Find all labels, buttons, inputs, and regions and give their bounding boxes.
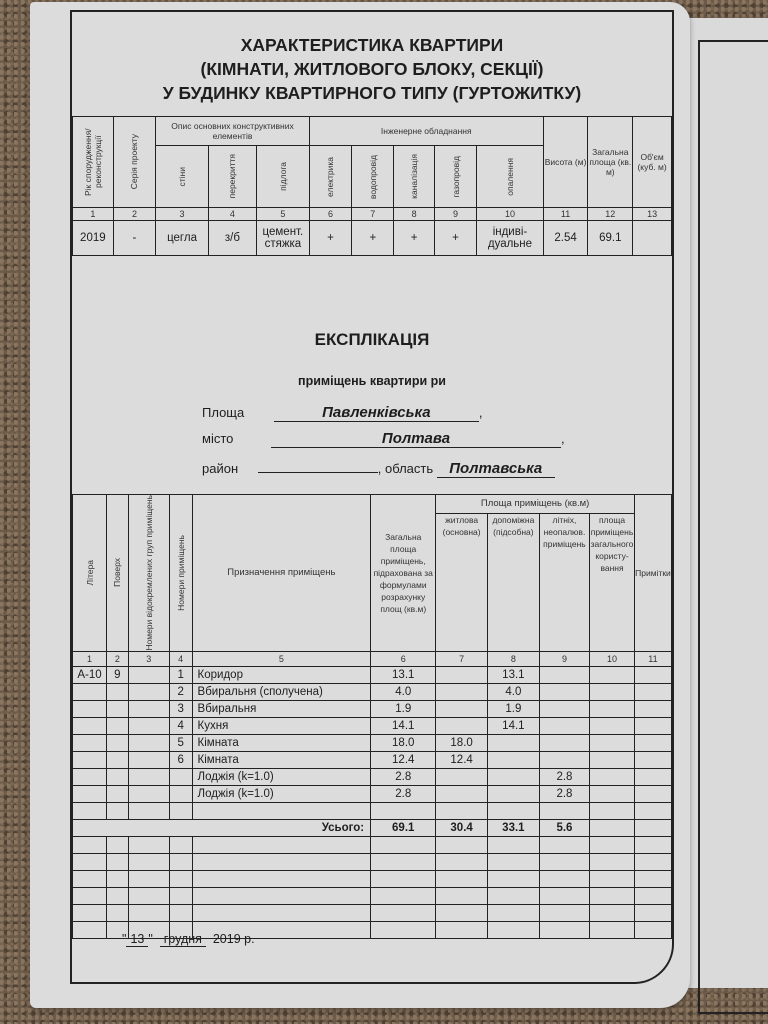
col-num: 4 bbox=[169, 651, 192, 666]
empty-cell bbox=[128, 887, 169, 904]
col-num: 9 bbox=[539, 651, 589, 666]
cell-living bbox=[436, 683, 488, 700]
empty-cell bbox=[107, 836, 129, 853]
header-walls: стіни bbox=[177, 167, 187, 186]
header-summer: літніх, неопалюв. приміщень bbox=[539, 514, 589, 652]
value-water: + bbox=[352, 221, 394, 256]
cell-floor bbox=[107, 802, 129, 819]
cell-group bbox=[128, 768, 169, 785]
empty-cell bbox=[634, 904, 671, 921]
cell-num: 1 bbox=[169, 666, 192, 683]
empty-cell bbox=[487, 904, 539, 921]
cell-total bbox=[371, 802, 436, 819]
cell-living bbox=[436, 717, 488, 734]
empty-cell bbox=[487, 887, 539, 904]
header-structural: Опис основних конструктивних елементів bbox=[156, 117, 310, 146]
header-heating: опалення bbox=[505, 158, 515, 196]
cell-floor bbox=[107, 717, 129, 734]
empty-cell bbox=[169, 887, 192, 904]
empty-cell bbox=[371, 904, 436, 921]
cell-common bbox=[590, 683, 635, 700]
city-label: місто bbox=[202, 431, 233, 446]
total-total: 69.1 bbox=[371, 819, 436, 836]
cell-aux bbox=[487, 768, 539, 785]
empty-cell bbox=[590, 853, 635, 870]
district-value bbox=[258, 456, 378, 473]
cell-floor bbox=[107, 751, 129, 768]
total-row: Усього:69.130.433.15.6 bbox=[73, 819, 672, 836]
cell-total: 14.1 bbox=[371, 717, 436, 734]
cell-group bbox=[128, 751, 169, 768]
empty-cell bbox=[73, 887, 107, 904]
header-series: Серія проекту bbox=[129, 134, 139, 189]
cell-num bbox=[169, 768, 192, 785]
cell-summer: 2.8 bbox=[539, 768, 589, 785]
total-notes bbox=[634, 819, 671, 836]
total-common bbox=[590, 819, 635, 836]
cell-name: Лоджія (k=1.0) bbox=[192, 785, 371, 802]
empty-cell bbox=[371, 921, 436, 938]
empty-cell bbox=[73, 904, 107, 921]
empty-cell bbox=[192, 870, 371, 887]
value-ceiling: з/б bbox=[208, 221, 256, 256]
table-row: 4Кухня14.114.1 bbox=[73, 717, 672, 734]
header-room-numbers: Номери приміщень bbox=[176, 535, 186, 611]
date-day: 13 bbox=[126, 932, 148, 947]
col-num: 12 bbox=[588, 208, 633, 221]
col-num: 3 bbox=[156, 208, 209, 221]
cell-aux: 14.1 bbox=[487, 717, 539, 734]
empty-cell bbox=[590, 887, 635, 904]
next-page-edge bbox=[680, 18, 768, 988]
region-value: Полтавська bbox=[437, 460, 555, 478]
address-square: Площа Павленківська, bbox=[202, 404, 482, 422]
city-value: Полтава bbox=[271, 430, 561, 448]
empty-cell bbox=[539, 870, 589, 887]
empty-cell bbox=[192, 887, 371, 904]
table-row: Лоджія (k=1.0)2.82.8 bbox=[73, 768, 672, 785]
cell-summer bbox=[539, 751, 589, 768]
col-num: 11 bbox=[634, 651, 671, 666]
value-gas: + bbox=[434, 221, 476, 256]
region-label: , область bbox=[378, 461, 433, 476]
value-series: - bbox=[113, 221, 156, 256]
cell-group bbox=[128, 666, 169, 683]
empty-cell bbox=[634, 853, 671, 870]
cell-num: 5 bbox=[169, 734, 192, 751]
header-floor: підлога bbox=[278, 162, 288, 191]
cell-num bbox=[169, 802, 192, 819]
empty-cell bbox=[371, 853, 436, 870]
cell-name bbox=[192, 802, 371, 819]
empty-cell bbox=[634, 870, 671, 887]
total-living: 30.4 bbox=[436, 819, 488, 836]
cell-floor bbox=[107, 734, 129, 751]
characteristics-values-row: 2019 - цегла з/б цемент. стяжка + + + + … bbox=[73, 221, 672, 256]
cell-total: 2.8 bbox=[371, 768, 436, 785]
cell-summer bbox=[539, 666, 589, 683]
table-row: А-1091Коридор13.113.1 bbox=[73, 666, 672, 683]
table-row: 5Кімната18.018.0 bbox=[73, 734, 672, 751]
empty-cell bbox=[634, 836, 671, 853]
header-total-area: Загальна площа (кв. м) bbox=[588, 117, 633, 208]
cell-living bbox=[436, 802, 488, 819]
cell-group bbox=[128, 734, 169, 751]
cell-name: Вбиральня (сполучена) bbox=[192, 683, 371, 700]
cell-total: 1.9 bbox=[371, 700, 436, 717]
empty-cell bbox=[487, 853, 539, 870]
value-walls: цегла bbox=[156, 221, 209, 256]
header-year: Рік спорудження/ реконструкції bbox=[83, 117, 103, 207]
cell-name: Кімната bbox=[192, 734, 371, 751]
empty-cell bbox=[539, 836, 589, 853]
col-num: 2 bbox=[107, 651, 129, 666]
empty-cell bbox=[128, 836, 169, 853]
subtitle-tail: ри bbox=[431, 374, 446, 388]
table-row: 3Вбиральня1.91.9 bbox=[73, 700, 672, 717]
empty-cell bbox=[192, 836, 371, 853]
empty-cell bbox=[169, 870, 192, 887]
cell-group bbox=[128, 802, 169, 819]
address-city: місто Полтава, bbox=[202, 430, 565, 448]
empty-cell bbox=[73, 921, 107, 938]
cell-floor bbox=[107, 768, 129, 785]
cell-letter bbox=[73, 751, 107, 768]
col-num: 1 bbox=[73, 208, 114, 221]
cell-notes bbox=[634, 751, 671, 768]
cell-group bbox=[128, 717, 169, 734]
table-row: 6Кімната12.412.4 bbox=[73, 751, 672, 768]
cell-common bbox=[590, 700, 635, 717]
cell-total: 4.0 bbox=[371, 683, 436, 700]
empty-cell bbox=[487, 921, 539, 938]
empty-cell bbox=[192, 904, 371, 921]
cell-floor bbox=[107, 785, 129, 802]
cell-notes bbox=[634, 768, 671, 785]
value-height: 2.54 bbox=[543, 221, 588, 256]
cell-name: Коридор bbox=[192, 666, 371, 683]
district-label: район bbox=[202, 461, 238, 476]
empty-cell bbox=[487, 836, 539, 853]
cell-notes bbox=[634, 734, 671, 751]
cell-letter bbox=[73, 700, 107, 717]
cell-total: 13.1 bbox=[371, 666, 436, 683]
cell-notes bbox=[634, 700, 671, 717]
cell-aux bbox=[487, 751, 539, 768]
cell-num bbox=[169, 785, 192, 802]
empty-cell bbox=[192, 853, 371, 870]
header-total-area: Загальна площа приміщень, підрахована за… bbox=[371, 495, 436, 652]
empty-cell bbox=[169, 853, 192, 870]
cell-notes bbox=[634, 717, 671, 734]
cell-aux: 13.1 bbox=[487, 666, 539, 683]
table-row: 2Вбиральня (сполучена)4.04.0 bbox=[73, 683, 672, 700]
title-line-2: (КІМНАТИ, ЖИТЛОВОГО БЛОКУ, СЕКЦІЇ) bbox=[72, 58, 672, 81]
value-heating: індиві-дуальне bbox=[477, 221, 544, 256]
value-total-area: 69.1 bbox=[588, 221, 633, 256]
cell-common bbox=[590, 768, 635, 785]
cell-num: 2 bbox=[169, 683, 192, 700]
col-num: 10 bbox=[477, 208, 544, 221]
header-notes: Примітки bbox=[634, 495, 671, 652]
cell-floor bbox=[107, 683, 129, 700]
explication-title: ЕКСПЛІКАЦІЯ bbox=[72, 330, 672, 350]
empty-cell bbox=[436, 853, 488, 870]
col-num: 2 bbox=[113, 208, 156, 221]
cell-notes bbox=[634, 785, 671, 802]
title-line-3: У БУДИНКУ КВАРТИРНОГО ТИПУ (ГУРТОЖИТКУ) bbox=[72, 82, 672, 105]
empty-cell bbox=[436, 836, 488, 853]
cell-num: 3 bbox=[169, 700, 192, 717]
cell-aux bbox=[487, 785, 539, 802]
cell-common bbox=[590, 785, 635, 802]
cell-name: Лоджія (k=1.0) bbox=[192, 768, 371, 785]
total-label: Усього: bbox=[73, 819, 371, 836]
col-num: 8 bbox=[394, 208, 434, 221]
empty-cell bbox=[436, 887, 488, 904]
value-electricity: + bbox=[309, 221, 351, 256]
document-date: "13" грудня 2019 р. bbox=[122, 932, 255, 946]
empty-row bbox=[73, 870, 672, 887]
col-num: 7 bbox=[436, 651, 488, 666]
header-floor: Поверх bbox=[112, 558, 122, 587]
header-common: площа приміщень загального користу-вання bbox=[590, 514, 635, 652]
empty-cell bbox=[107, 870, 129, 887]
cell-letter bbox=[73, 785, 107, 802]
col-num: 6 bbox=[309, 208, 351, 221]
cell-notes bbox=[634, 683, 671, 700]
empty-row bbox=[73, 853, 672, 870]
empty-cell bbox=[539, 904, 589, 921]
cell-total: 18.0 bbox=[371, 734, 436, 751]
header-height: Висота (м) bbox=[543, 117, 588, 208]
value-volume bbox=[633, 221, 672, 256]
empty-cell bbox=[107, 887, 129, 904]
table-row bbox=[73, 802, 672, 819]
empty-cell bbox=[590, 921, 635, 938]
cell-total: 12.4 bbox=[371, 751, 436, 768]
empty-cell bbox=[73, 836, 107, 853]
cell-total: 2.8 bbox=[371, 785, 436, 802]
empty-cell bbox=[436, 921, 488, 938]
header-sewage: каналізація bbox=[409, 154, 419, 199]
cell-common bbox=[590, 802, 635, 819]
cell-group bbox=[128, 700, 169, 717]
header-group-numbers: Номери відокремлених груп приміщень bbox=[144, 495, 154, 651]
cell-letter bbox=[73, 734, 107, 751]
title-line-1: ХАРАКТЕРИСТИКА КВАРТИРИ bbox=[72, 34, 672, 57]
value-sewage: + bbox=[394, 221, 434, 256]
cell-letter: А-10 bbox=[73, 666, 107, 683]
cell-common bbox=[590, 751, 635, 768]
empty-cell bbox=[539, 921, 589, 938]
empty-cell bbox=[107, 904, 129, 921]
cell-living bbox=[436, 700, 488, 717]
header-ceiling: перекриття bbox=[227, 154, 237, 198]
column-number-row: 1 2 3 4 5 6 7 8 9 10 11 12 13 bbox=[73, 208, 672, 221]
table-row: Лоджія (k=1.0)2.82.8 bbox=[73, 785, 672, 802]
cell-letter bbox=[73, 683, 107, 700]
column-number-row: 1234567891011 bbox=[73, 651, 672, 666]
empty-cell bbox=[169, 904, 192, 921]
header-area-group: Площа приміщень (кв.м) bbox=[436, 495, 635, 514]
cell-letter bbox=[73, 717, 107, 734]
square-value: Павленківська bbox=[274, 404, 479, 422]
empty-cell bbox=[590, 836, 635, 853]
cell-summer bbox=[539, 802, 589, 819]
cell-group bbox=[128, 683, 169, 700]
characteristics-table: Рік спорудження/ реконструкції Серія про… bbox=[72, 116, 672, 256]
empty-cell bbox=[107, 853, 129, 870]
cell-aux: 1.9 bbox=[487, 700, 539, 717]
cell-living bbox=[436, 768, 488, 785]
cell-living bbox=[436, 785, 488, 802]
cell-common bbox=[590, 666, 635, 683]
empty-row bbox=[73, 836, 672, 853]
cell-summer bbox=[539, 717, 589, 734]
cell-living: 18.0 bbox=[436, 734, 488, 751]
empty-cell bbox=[73, 853, 107, 870]
cell-aux bbox=[487, 802, 539, 819]
cell-num: 4 bbox=[169, 717, 192, 734]
cell-summer bbox=[539, 700, 589, 717]
cell-aux: 4.0 bbox=[487, 683, 539, 700]
date-year: 2019 р. bbox=[213, 932, 255, 946]
col-num: 8 bbox=[487, 651, 539, 666]
cell-num: 6 bbox=[169, 751, 192, 768]
total-summer: 5.6 bbox=[539, 819, 589, 836]
cell-summer bbox=[539, 734, 589, 751]
empty-cell bbox=[128, 904, 169, 921]
col-num: 7 bbox=[352, 208, 394, 221]
cell-notes bbox=[634, 802, 671, 819]
header-electricity: електрика bbox=[325, 157, 335, 197]
empty-cell bbox=[590, 904, 635, 921]
cell-group bbox=[128, 785, 169, 802]
empty-cell bbox=[634, 921, 671, 938]
header-auxiliary: допоміжна (підсобна) bbox=[487, 514, 539, 652]
header-water: водопровід bbox=[368, 155, 378, 199]
col-num: 13 bbox=[633, 208, 672, 221]
empty-cell bbox=[169, 836, 192, 853]
document-page: ХАРАКТЕРИСТИКА КВАРТИРИ (КІМНАТИ, ЖИТЛОВ… bbox=[30, 2, 690, 1008]
value-floor: цемент. стяжка bbox=[257, 221, 310, 256]
empty-cell bbox=[128, 853, 169, 870]
total-aux: 33.1 bbox=[487, 819, 539, 836]
subtitle-text: приміщень квартири bbox=[298, 374, 431, 388]
empty-row bbox=[73, 887, 672, 904]
cell-name: Кухня bbox=[192, 717, 371, 734]
empty-cell bbox=[590, 870, 635, 887]
value-year: 2019 bbox=[73, 221, 114, 256]
cell-common bbox=[590, 734, 635, 751]
cell-living bbox=[436, 666, 488, 683]
cell-letter bbox=[73, 802, 107, 819]
col-num: 4 bbox=[208, 208, 256, 221]
empty-cell bbox=[436, 904, 488, 921]
cell-common bbox=[590, 717, 635, 734]
square-label: Площа bbox=[202, 405, 244, 420]
header-gas: газопровід bbox=[451, 156, 461, 198]
header-volume: Об'єм (куб. м) bbox=[633, 117, 672, 208]
cell-aux bbox=[487, 734, 539, 751]
header-letter: Літера bbox=[85, 560, 95, 585]
header-engineering: Інженерне обладнання bbox=[309, 117, 543, 146]
empty-cell bbox=[371, 887, 436, 904]
cell-name: Кімната bbox=[192, 751, 371, 768]
cell-summer: 2.8 bbox=[539, 785, 589, 802]
cell-summer bbox=[539, 683, 589, 700]
col-num: 11 bbox=[543, 208, 588, 221]
empty-cell bbox=[371, 836, 436, 853]
empty-cell bbox=[436, 870, 488, 887]
explication-subtitle: приміщень квартири ри bbox=[72, 374, 672, 388]
page-frame: ХАРАКТЕРИСТИКА КВАРТИРИ (КІМНАТИ, ЖИТЛОВ… bbox=[70, 10, 674, 984]
col-num: 3 bbox=[128, 651, 169, 666]
cell-living: 12.4 bbox=[436, 751, 488, 768]
col-num: 9 bbox=[434, 208, 476, 221]
empty-cell bbox=[371, 870, 436, 887]
cell-notes bbox=[634, 666, 671, 683]
empty-cell bbox=[128, 870, 169, 887]
cell-floor bbox=[107, 700, 129, 717]
header-living: житлова (основна) bbox=[436, 514, 488, 652]
col-num: 5 bbox=[257, 208, 310, 221]
cell-letter bbox=[73, 768, 107, 785]
empty-row bbox=[73, 904, 672, 921]
date-month: грудня bbox=[160, 932, 206, 947]
col-num: 1 bbox=[73, 651, 107, 666]
empty-cell bbox=[634, 887, 671, 904]
cell-name: Вбиральня bbox=[192, 700, 371, 717]
cell-floor: 9 bbox=[107, 666, 129, 683]
header-purpose: Призначення приміщень bbox=[192, 495, 371, 652]
address-district: район , область Полтавська bbox=[202, 456, 555, 478]
col-num: 10 bbox=[590, 651, 635, 666]
empty-cell bbox=[539, 887, 589, 904]
col-num: 6 bbox=[371, 651, 436, 666]
col-num: 5 bbox=[192, 651, 371, 666]
empty-cell bbox=[73, 870, 107, 887]
rooms-table: Літера Поверх Номери відокремлених груп … bbox=[72, 494, 672, 939]
empty-cell bbox=[539, 853, 589, 870]
empty-cell bbox=[487, 870, 539, 887]
